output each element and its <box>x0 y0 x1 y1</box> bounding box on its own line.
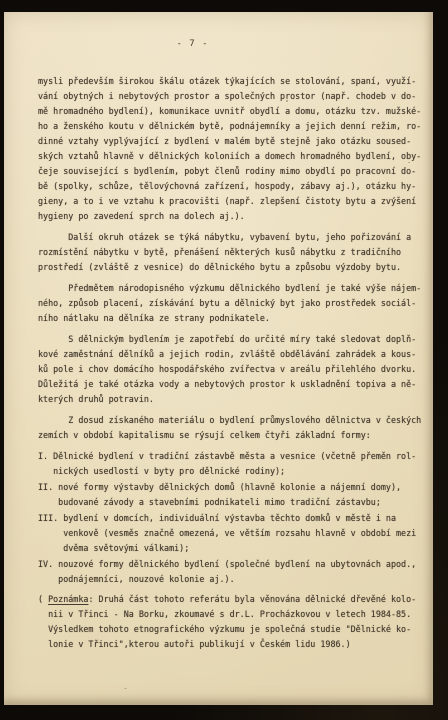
scan-speck <box>408 162 410 163</box>
text-line: Další okruh otázek se týká nábytku, vyba… <box>38 230 425 245</box>
text-line: mě hromadného bydlení), komunikace uvnit… <box>38 104 425 119</box>
text-line: čeje související s bydlením, pobyt členů… <box>38 164 425 179</box>
text-line: ků pole i chov domácího hospodářského zv… <box>38 362 425 377</box>
text-line: kové zaměstnání dělníků a jejich rodin, … <box>38 347 425 362</box>
text-line: IV. nouzové formy dělnického bydlení (sp… <box>38 557 425 572</box>
text-line: dinné vztahy vyplývající z bydlení v mal… <box>38 134 425 149</box>
list-item: III. bydlení v domcích, individuální výs… <box>38 511 425 556</box>
text-line: dvěma světovými válkami); <box>38 541 425 556</box>
text-line: Z dosud získaného materiálu o bydlení pr… <box>38 413 425 428</box>
text-line: hygieny po zavedení sprch na dolech aj.)… <box>38 209 425 224</box>
text-line: venkově (vesměs značně omezená, ve větší… <box>38 526 425 541</box>
text-line: ného, způsob placení, získávání bytu a d… <box>38 296 425 311</box>
paragraph: Další okruh otázek se týká nábytku, vyba… <box>38 230 425 275</box>
text-line: mysli především širokou škálu otázek týk… <box>38 74 425 89</box>
scan-speck <box>124 688 127 689</box>
note-label: Poznámka <box>48 594 88 604</box>
document-body: mysli především širokou škálu otázek týk… <box>38 74 425 652</box>
text-line: ho a ženského koutu v dělnickém bytě, po… <box>38 119 425 134</box>
text-line: S dělnickým bydlením je zapotřebí do urč… <box>38 332 425 347</box>
scan-speck <box>286 100 288 102</box>
text-line: podnájemníci, nouzové kolonie aj.). <box>38 572 425 587</box>
text-line: nii v Třinci - Na Borku, zkoumavé s dr.L… <box>38 607 425 622</box>
text-line: lonie v Třinci",kterou autoři publikují … <box>38 637 425 652</box>
text-line: II. nové formy výstavby dělnických domů … <box>38 480 425 495</box>
note-block: ( Poznámka: Druhá část tohoto referátu b… <box>38 592 425 652</box>
paragraph: mysli především širokou škálu otázek týk… <box>38 74 425 224</box>
text-line: rozmístění nábytku v bytě, přenášení něk… <box>38 245 425 260</box>
list-item: I. Dělnické bydlení v tradiční zástavbě … <box>38 449 425 479</box>
list-item: II. nové formy výstavby dělnických domů … <box>38 480 425 510</box>
text-line: III. bydlení v domcích, individuální výs… <box>38 511 425 526</box>
scanner-background: - 7 - mysli především širokou škálu otáz… <box>0 0 448 720</box>
text-line: ního nátlaku na dělníka ze strany podnik… <box>38 311 425 326</box>
text-line: Předmětem národopisného výzkumu dělnické… <box>38 281 425 296</box>
text-line: bě (spolky, schůze, tělovýchovná zařízen… <box>38 179 425 194</box>
text-line: I. Dělnické bydlení v tradiční zástavbě … <box>38 449 425 464</box>
text-line: vání obytných i nebytových prostor a spo… <box>38 89 425 104</box>
list-item: IV. nouzové formy dělnického bydlení (sp… <box>38 557 425 587</box>
text-line: Důležitá je také otázka vody a nebytovýc… <box>38 377 425 392</box>
text-line: budované závody a stavebními podnikateli… <box>38 495 425 510</box>
text-line: ( Poznámka: Druhá část tohoto referátu b… <box>38 592 425 607</box>
paragraph: Předmětem národopisného výzkumu dělnické… <box>38 281 425 326</box>
text-line: kterých druhů potravin. <box>38 392 425 407</box>
text-line: zemích v období kapitalismu se rýsují ce… <box>38 428 425 443</box>
text-line: prostředí (zvláště z vesnice) do dělnick… <box>38 260 425 275</box>
text-line: ských vztahů hlavně v dělnických kolonií… <box>38 149 425 164</box>
page-number: - 7 - <box>4 39 433 49</box>
text-line: Výsledkem tohoto etnografického výzkumu … <box>38 622 425 637</box>
text-line: nických usedlostí v byty pro dělnické ro… <box>38 464 425 479</box>
paragraph: Z dosud získaného materiálu o bydlení pr… <box>38 413 425 443</box>
text-line: gieny, a to i ve vztahu k pracovišti (na… <box>38 194 425 209</box>
paragraph: S dělnickým bydlením je zapotřebí do urč… <box>38 332 425 407</box>
document-page: - 7 - mysli především širokou škálu otáz… <box>4 12 433 705</box>
